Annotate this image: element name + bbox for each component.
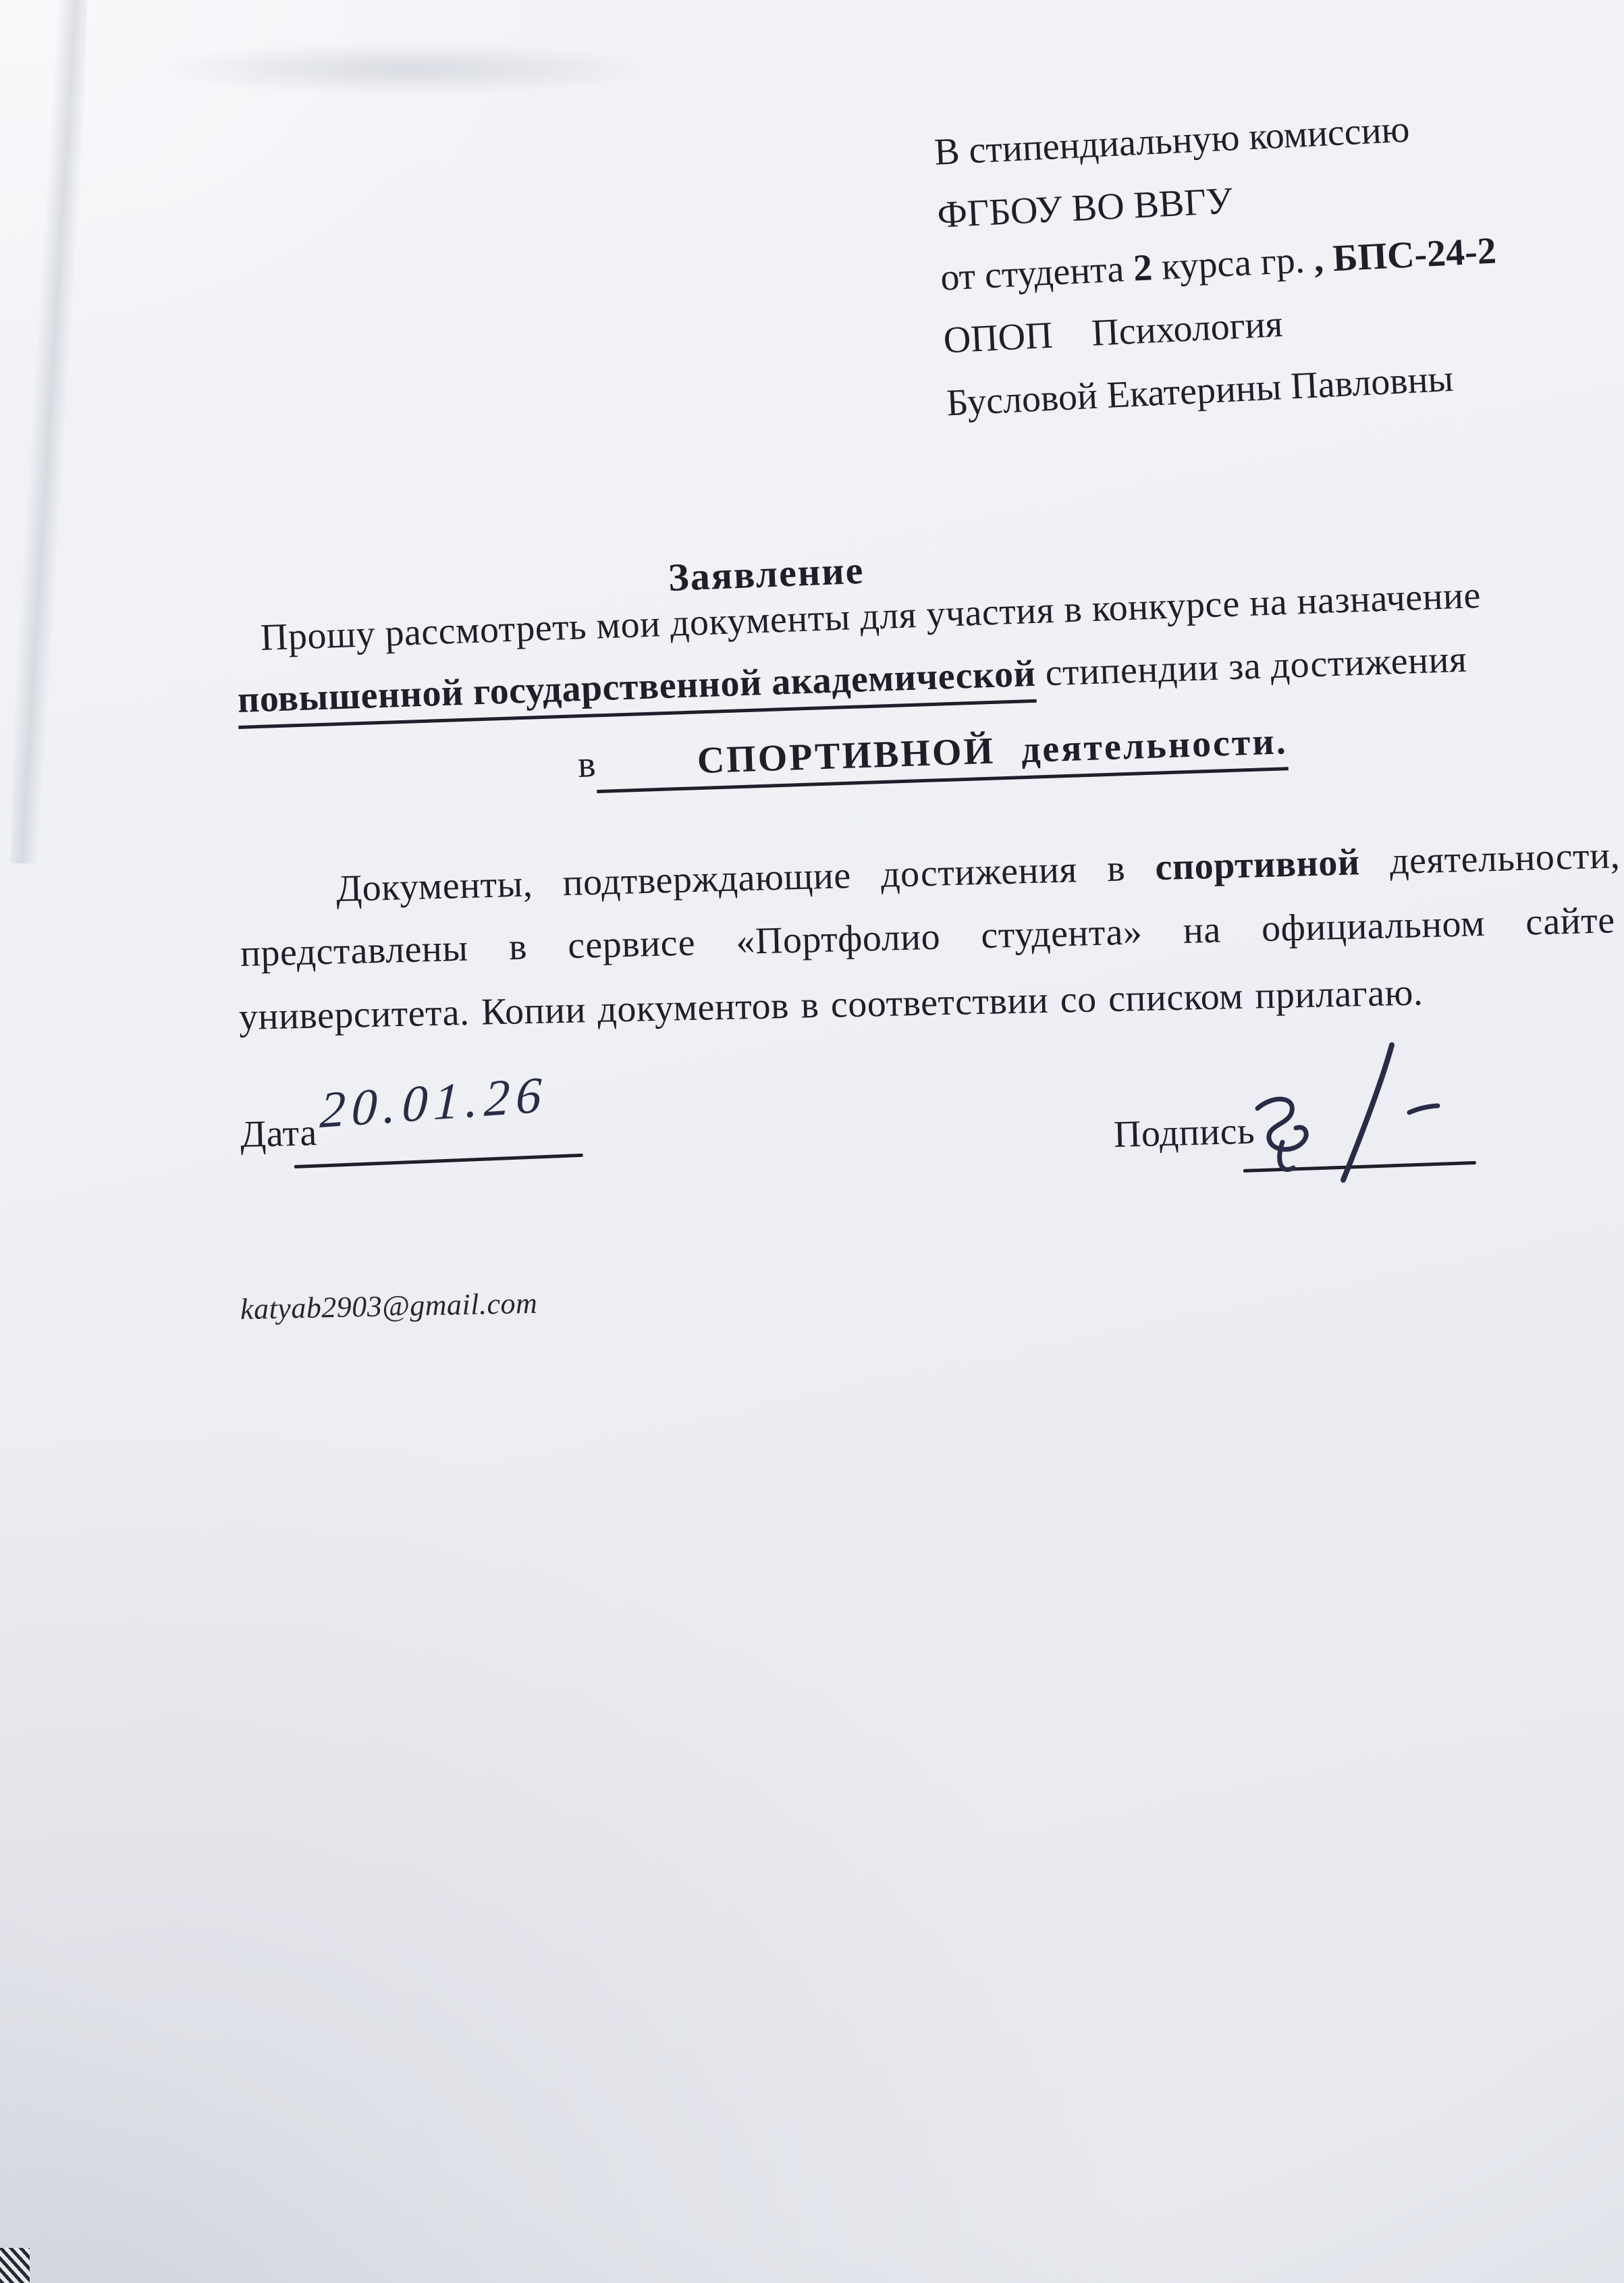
documents-line-3: университета. Копии документов в соответ… xyxy=(238,969,1424,1041)
signature-slash-stroke xyxy=(1343,1045,1392,1180)
signature-dash-stroke xyxy=(1409,1106,1438,1112)
course-number: 2 xyxy=(1133,246,1154,289)
paper-crease-shadow xyxy=(11,0,88,865)
corner-tape-artifact xyxy=(0,2248,30,2283)
application-title: Заявление xyxy=(668,547,865,600)
date-label: Дата xyxy=(240,1109,317,1158)
activity-underlined-segment: СПОРТИВНОЙ деятельности. xyxy=(595,720,1289,793)
group-code: , БПС-24-2 xyxy=(1313,230,1497,280)
date-underline xyxy=(294,1154,583,1169)
scanned-application-page: В стипендиальную комиссию ФГБОУ ВО ВВГУ … xyxy=(0,0,1624,2283)
blank-fill xyxy=(597,773,698,776)
contact-email: katyab2903@gmail.com xyxy=(240,1285,537,1328)
handwritten-date: 20.01.26 xyxy=(319,1063,549,1143)
scholarship-type-emphasis: повышенной государственной академической xyxy=(237,653,1037,729)
opop-value: Психология xyxy=(1090,293,1284,365)
request-line-3: вСПОРТИВНОЙ деятельности. xyxy=(577,718,1289,788)
sport-bold-word: спортивной xyxy=(1155,841,1361,888)
opop-label: ОПОП xyxy=(942,315,1054,362)
activity-prefix: в xyxy=(577,743,597,786)
signature-scribble xyxy=(1241,1041,1450,1186)
recipient-block: В стипендиальную комиссию ФГБОУ ВО ВВГУ … xyxy=(933,91,1569,435)
signature-label: Подпись xyxy=(1113,1108,1255,1158)
activity-type-emphasis: СПОРТИВНОЙ деятельности. xyxy=(697,720,1289,782)
scan-smudge xyxy=(155,42,655,96)
